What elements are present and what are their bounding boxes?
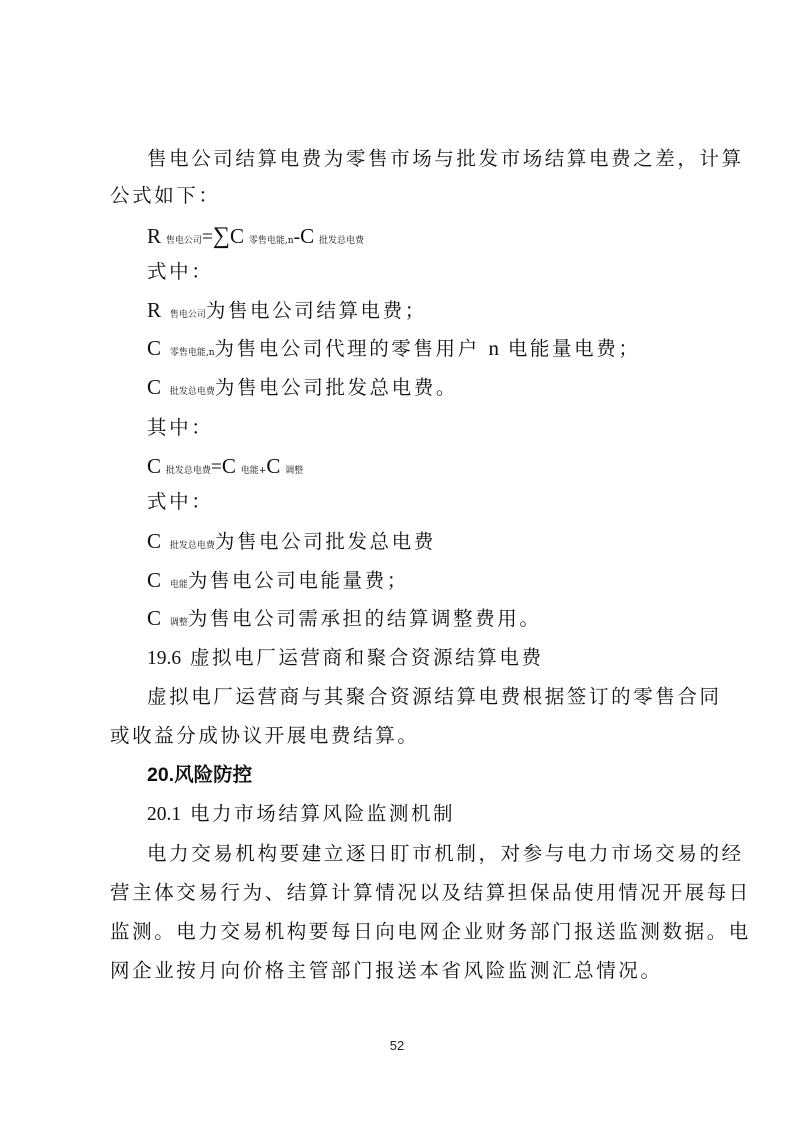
definition-line: C 电能为售电公司电能量费； [147, 567, 727, 598]
paragraph-text: 式中： [147, 259, 727, 285]
paragraph-text: 式中： [147, 489, 727, 515]
paragraph-text: 网企业按月向价格主管部门报送本省风险监测汇总情况。 [110, 958, 690, 984]
definition-line: C 批发总电费为售电公司批发总电费。 [147, 374, 727, 405]
paragraph-text: 监测。电力交易机构要每日向电网企业财务部门报送监测数据。电 [110, 919, 690, 945]
formula-wholesale-total: C 批发总电费=C 电能+C 调整 [147, 453, 727, 484]
definition-line: C 调整为售电公司需承担的结算调整费用。 [147, 605, 727, 636]
section-heading-19-6: 19.6 虚拟电厂运营商和聚合资源结算电费 [147, 645, 727, 672]
paragraph-text: 公式如下： [110, 183, 690, 209]
paragraph-text: 营主体交易行为、结算计算情况以及结算担保品使用情况开展每日 [110, 880, 690, 906]
paragraph-text: 或收益分成协议开展电费结算。 [110, 723, 690, 749]
page-number: 52 [0, 1038, 794, 1053]
definition-line: C 零售电能,n为售电公司代理的零售用户 n 电能量电费； [147, 335, 727, 366]
sigma-symbol: ∑ [213, 223, 230, 249]
paragraph-text: 其中： [147, 415, 727, 441]
paragraph-text: 售电公司结算电费为零售市场与批发市场结算电费之差，计算 [147, 146, 727, 172]
section-heading-20: 20.风险防控 [147, 762, 727, 788]
paragraph-text: 虚拟电厂运营商与其聚合资源结算电费根据签订的零售合同 [147, 684, 727, 710]
section-heading-20-1: 20.1 电力市场结算风险监测机制 [147, 801, 727, 828]
paragraph-text: 电力交易机构要建立逐日盯市机制，对参与电力市场交易的经 [147, 841, 727, 867]
definition-line: C 批发总电费为售电公司批发总电费 [147, 528, 727, 559]
formula-retail-settlement: R 售电公司=∑C 零售电能,n-C 批发总电费 [147, 223, 727, 254]
definition-line: R 售电公司为售电公司结算电费； [147, 297, 727, 328]
